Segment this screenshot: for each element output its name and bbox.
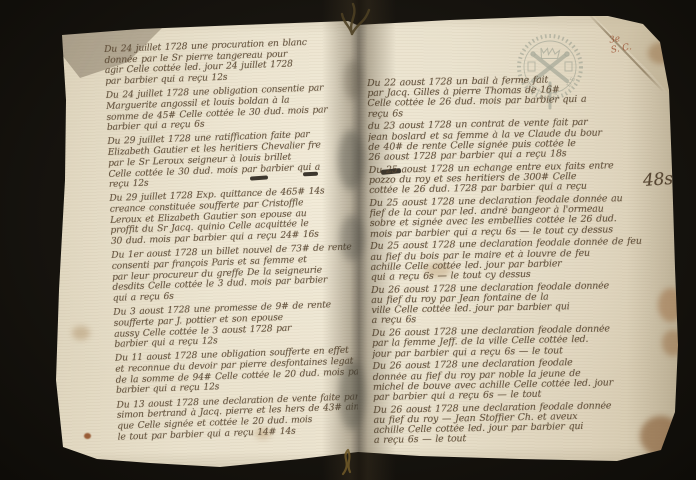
- gutter-smudge: [338, 130, 364, 190]
- gutter-smudge: [339, 360, 365, 430]
- manuscript-entry: Du 24 juillet 1728 une procuration en bl…: [104, 36, 355, 88]
- manuscript-entry: Du 26 aoust 1728 une declaration feodale…: [371, 280, 664, 326]
- stain-spot: [648, 42, 674, 64]
- gutter-smudge: [344, 60, 362, 100]
- manuscript-entry: Du 1er aoust 1728 un billet nouvel de 73…: [111, 242, 363, 304]
- corner-page-marking: 3e S. C.: [608, 32, 632, 55]
- crown-icon: [541, 48, 560, 59]
- binding-tie-top-icon: [336, 0, 380, 38]
- manuscript-entry: Du 29 juillet 1728 une ratiffication fai…: [107, 129, 359, 191]
- stain-spot: [84, 433, 91, 439]
- left-page-text: Du 24 juillet 1728 une procuration en bl…: [104, 36, 368, 446]
- stain-spot: [662, 330, 684, 356]
- manuscript-entry: Du 25 aoust 1728 une declaration feodale…: [369, 193, 662, 239]
- manuscript-entry: Du 11 aoust 1728 une obligation souffert…: [115, 345, 366, 397]
- manuscript-entry: Du 13 aoust 1728 une declaration de vent…: [116, 392, 367, 444]
- binding-tie-bottom-icon: [326, 448, 366, 480]
- tower-icon: [565, 62, 572, 71]
- manuscript-entry: Du 3 aoust 1728 une promesse de 9# de re…: [113, 299, 364, 351]
- manuscript-photo: Du 24 juillet 1728 une procuration en bl…: [0, 0, 696, 480]
- manuscript-entry: Du 26 aoust 1728 une declaration feodale…: [373, 400, 666, 446]
- manuscript-entry: Du 24 juillet 1728 une obligation consen…: [106, 82, 357, 134]
- right-page-text: Du 22 aoust 1728 un bail à ferme faitpar…: [367, 73, 666, 449]
- fee-amount-large: 48s: [642, 169, 673, 191]
- manuscript-entry: Du 25 aoust 1728 un echange entre eux fa…: [369, 160, 662, 196]
- manuscript-entry: du 23 aoust 1728 un contrat de vente fai…: [368, 117, 661, 163]
- gutter-smudge: [340, 215, 364, 261]
- manuscript-entry: Du 25 aoust 1728 une declaration feodale…: [370, 237, 663, 283]
- manuscript-entry: Du 26 aoust 1728 une declaration feodale…: [372, 324, 665, 360]
- manuscript-entry: Du 22 aoust 1728 un bail à ferme faitpar…: [367, 73, 660, 119]
- stain-spot: [72, 326, 90, 340]
- manuscript-entry: Du 26 aoust 1728 une declaration feodale…: [372, 357, 665, 403]
- manuscript-entry: Du 29 juillet 1728 Exp. quittance de 465…: [109, 185, 361, 247]
- tower-icon: [528, 62, 535, 71]
